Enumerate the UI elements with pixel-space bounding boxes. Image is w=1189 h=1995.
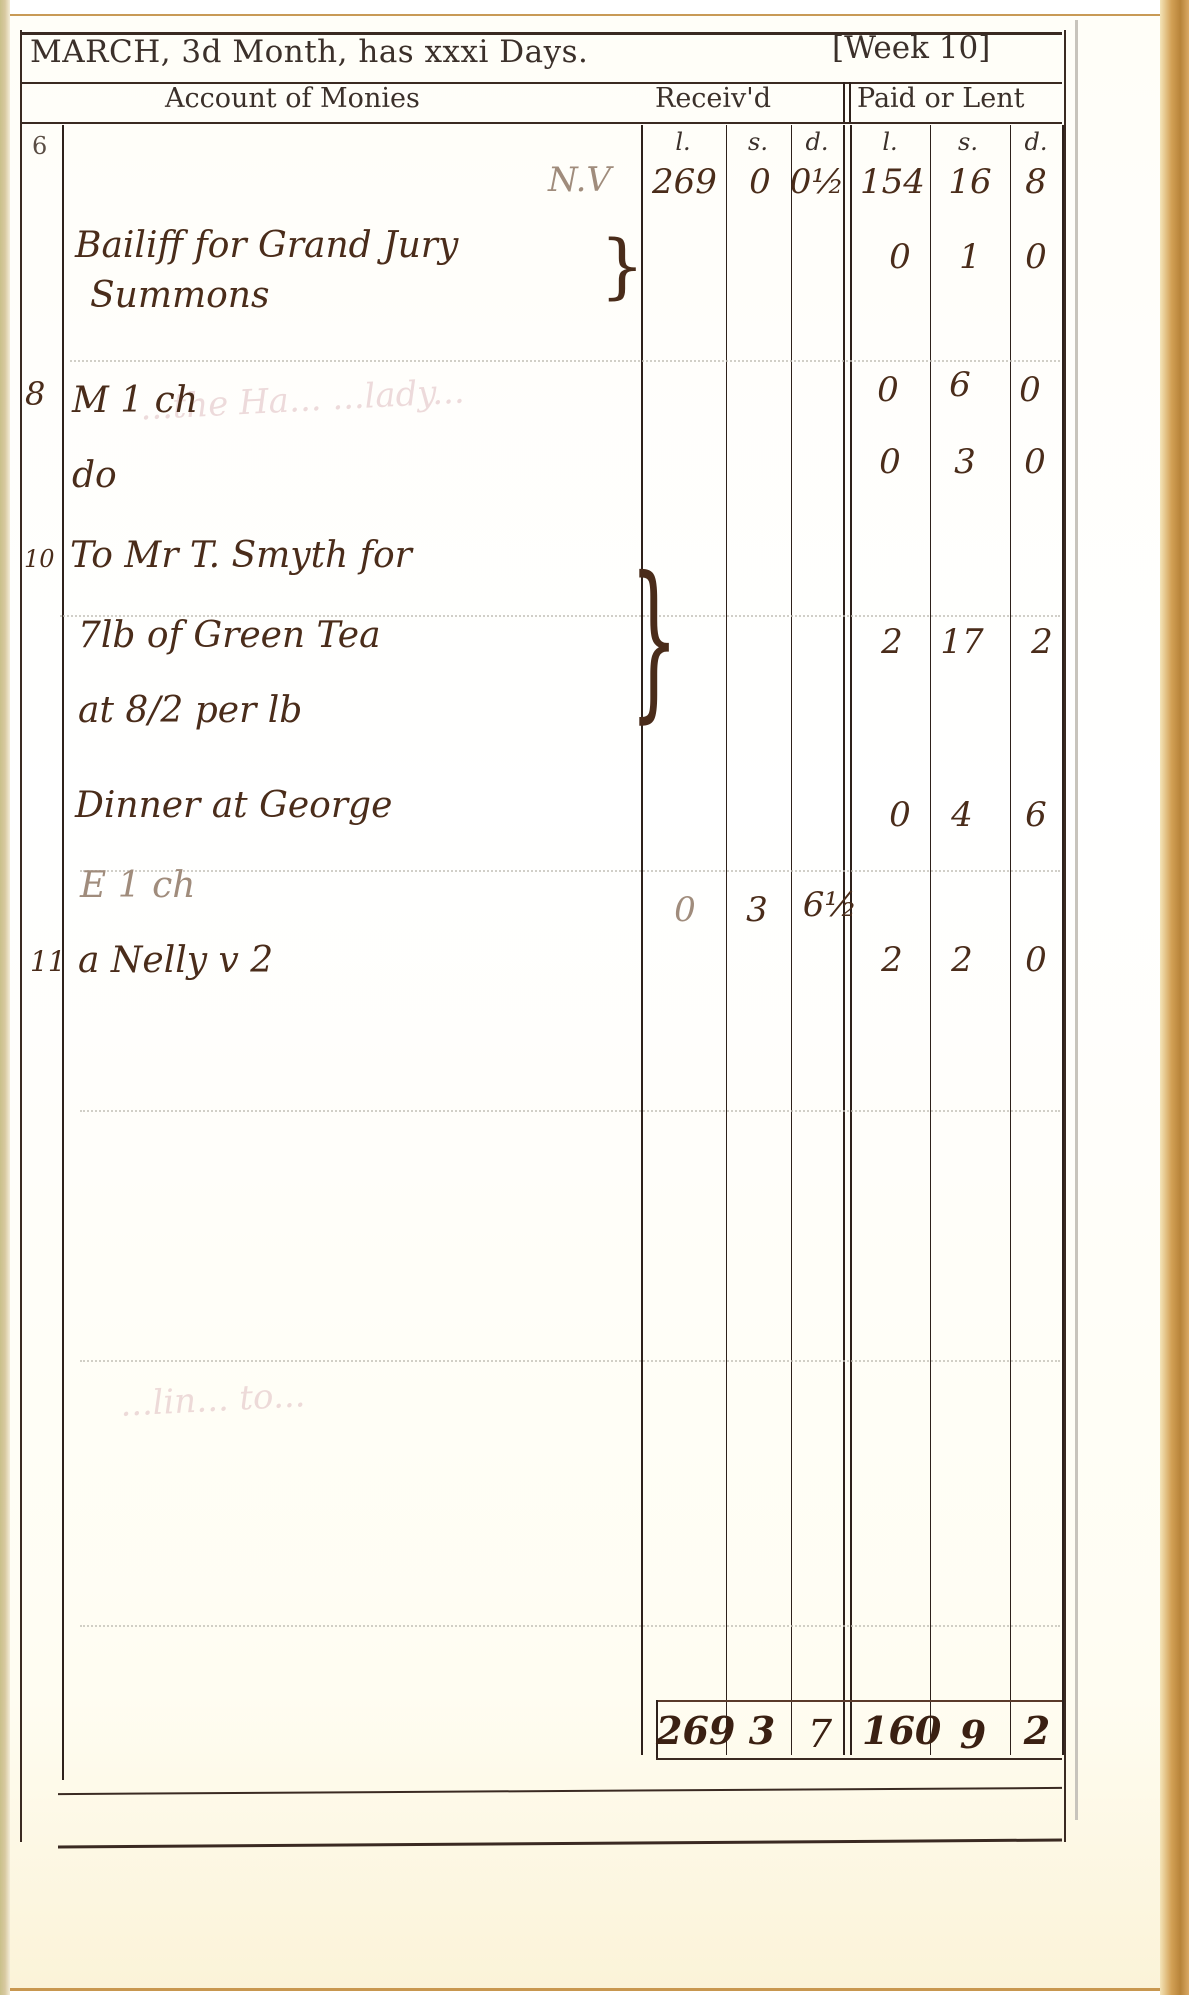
entry-description: Dinner at George bbox=[75, 785, 392, 826]
received-l-heading: l. bbox=[663, 128, 703, 156]
entry-date: 6 bbox=[32, 132, 47, 160]
received-heading: Receiv'd bbox=[655, 83, 771, 114]
description-column-rule bbox=[641, 125, 643, 1755]
paid-d-heading: d. bbox=[1016, 128, 1056, 156]
received-s-rule bbox=[791, 125, 792, 1755]
account-of-monies-heading: Account of Monies bbox=[165, 83, 420, 114]
paid-s-value: 2 bbox=[932, 940, 992, 980]
paid-l-value: 0 bbox=[870, 237, 930, 277]
brace-icon: } bbox=[600, 225, 645, 307]
received-d-value: 6½ bbox=[800, 885, 860, 925]
entry-description: M 1 ch bbox=[72, 380, 198, 421]
total-paid-l: 160 bbox=[862, 1708, 932, 1753]
paid-l-value: 0 bbox=[870, 795, 930, 835]
guide-line bbox=[80, 870, 1060, 872]
paid-divider-rule bbox=[850, 125, 852, 1755]
paid-s-value: 16 bbox=[940, 162, 1000, 202]
week-label: [Week 10] bbox=[832, 30, 990, 66]
entry-description: do bbox=[72, 455, 117, 496]
received-d-value: 0½ bbox=[787, 162, 847, 202]
entry-description-line2: Summons bbox=[90, 275, 269, 316]
paid-s-value: 6 bbox=[930, 365, 990, 405]
paid-l-value: 2 bbox=[862, 622, 922, 662]
guide-line bbox=[70, 360, 1060, 362]
paid-s-heading: s. bbox=[948, 128, 988, 156]
paid-d-value: 6 bbox=[1006, 795, 1066, 835]
entry-date-handwritten: 10 bbox=[24, 545, 55, 573]
entry-description: a Nelly v 2 bbox=[78, 940, 273, 981]
received-l-value: 0 bbox=[655, 890, 715, 930]
entry-description: E 1 ch bbox=[80, 865, 195, 906]
paid-s-value: 17 bbox=[932, 622, 992, 662]
paid-s-value: 1 bbox=[940, 237, 1000, 277]
paid-d-value: 0 bbox=[1000, 370, 1060, 410]
paid-d-value: 0 bbox=[1006, 940, 1066, 980]
entry-description: To Mr T. Smyth for bbox=[70, 535, 412, 576]
totals-top-rule bbox=[656, 1700, 1062, 1702]
total-received-d: 7 bbox=[785, 1712, 855, 1756]
paid-l-value: 2 bbox=[862, 940, 922, 980]
subheader-double-divider bbox=[843, 82, 845, 122]
paid-l-heading: l. bbox=[870, 128, 910, 156]
total-received-l: 269 bbox=[656, 1708, 726, 1753]
page-edge-right bbox=[1160, 0, 1189, 1995]
received-d-rule bbox=[843, 125, 845, 1755]
total-paid-s: 9 bbox=[938, 1712, 1008, 1757]
guide-line bbox=[80, 1625, 1060, 1627]
total-paid-d: 2 bbox=[1002, 1708, 1072, 1753]
received-s-value: 0 bbox=[730, 162, 790, 202]
entry-description-line2: 7lb of Green Tea bbox=[78, 615, 381, 656]
received-l-value: 269 bbox=[652, 162, 712, 202]
paid-s-value: 4 bbox=[932, 795, 992, 835]
month-title: MARCH, 3d Month, has xxxi Days. bbox=[30, 34, 588, 70]
received-l-rule bbox=[726, 125, 727, 1755]
paid-l-value: 154 bbox=[860, 162, 920, 202]
received-d-heading: d. bbox=[797, 128, 837, 156]
paid-d-value: 0 bbox=[1005, 442, 1065, 482]
paid-d-value: 0 bbox=[1006, 237, 1066, 277]
received-s-heading: s. bbox=[738, 128, 778, 156]
guide-line bbox=[80, 1360, 1060, 1362]
page-edge-left bbox=[0, 0, 10, 1995]
paid-l-value: 0 bbox=[860, 442, 920, 482]
entry-description-line3: at 8/2 per lb bbox=[78, 690, 302, 731]
entry-date-handwritten: 11 bbox=[30, 945, 66, 978]
paid-d-value: 8 bbox=[1006, 162, 1066, 202]
paid-l-value: 0 bbox=[858, 370, 918, 410]
paid-or-lent-heading: Paid or Lent bbox=[857, 83, 1024, 114]
frame-shadow bbox=[1075, 20, 1078, 1820]
entry-note: N.V bbox=[548, 160, 611, 200]
paid-s-value: 3 bbox=[935, 442, 995, 482]
paid-d-value: 2 bbox=[1012, 622, 1072, 662]
totals-bottom-rule bbox=[656, 1758, 1062, 1760]
subheader-bottom-rule bbox=[20, 122, 1062, 124]
brace-icon: } bbox=[630, 555, 679, 725]
received-s-value: 3 bbox=[727, 890, 787, 930]
subheader-double-divider-2 bbox=[849, 82, 851, 122]
entry-description: Bailiff for Grand Jury bbox=[75, 225, 458, 266]
entry-date-handwritten: 8 bbox=[25, 375, 45, 413]
guide-line bbox=[80, 1110, 1060, 1112]
